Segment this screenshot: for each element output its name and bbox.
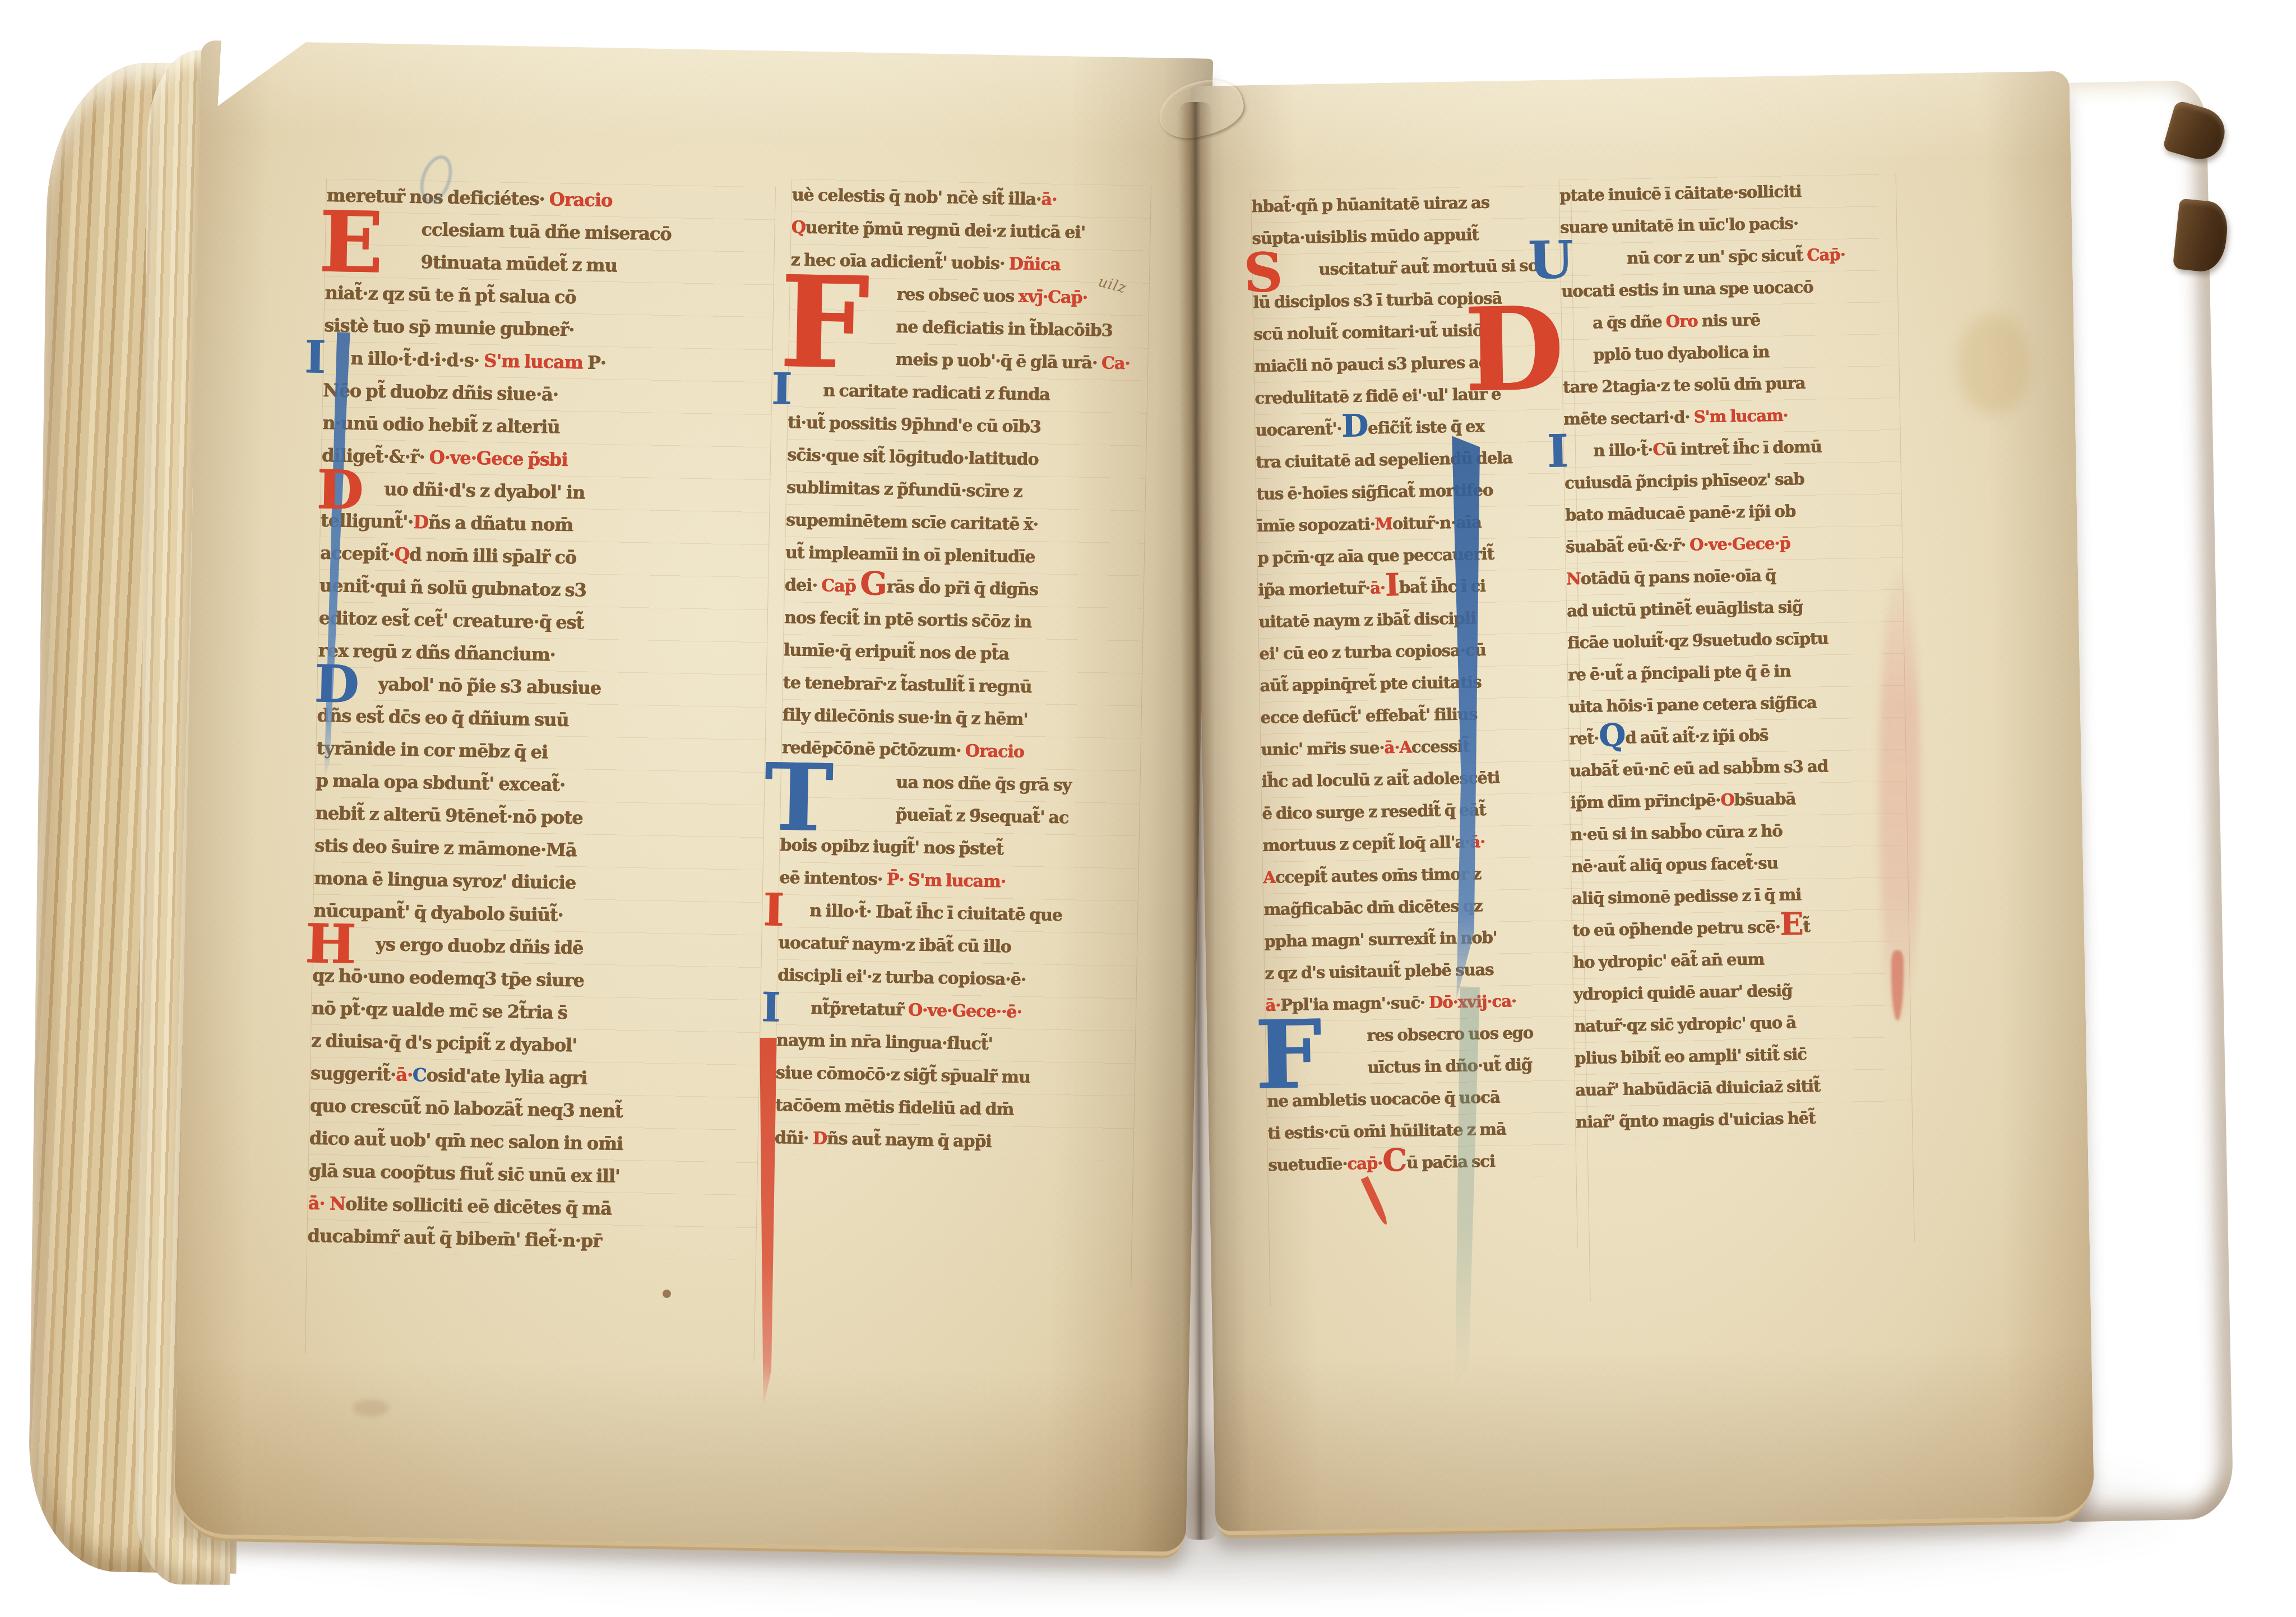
illuminated-initial: I: [763, 891, 785, 928]
text-line: auar̃' habūdāciā diuiciaz̄ sitit̃: [1575, 1069, 1911, 1106]
text-line: suare unitatē in uīc'lo pacis·: [1560, 206, 1897, 243]
rubric-text: Q: [1599, 717, 1626, 754]
illuminated-initial: D: [316, 468, 364, 513]
script-text: auar̃' habūdāciā diuiciaz̄ sitit̃: [1575, 1077, 1821, 1100]
script-text: yabol' nō p̃ie s3 abusiue: [378, 673, 601, 699]
text-line: ho ydropic' eāt̃ an̄ eum: [1573, 941, 1910, 978]
script-text: n·unū odio hebit̃ z alteriū: [322, 412, 560, 438]
script-text: supeminētem scīe caritatē x̄·: [786, 510, 1039, 534]
text-line: n illo·t̃·Cū intret̃ ih̄c ī domū: [1564, 429, 1901, 467]
text-line: dñi· Dñs aut̃ naym q̄ app̄i: [774, 1122, 1133, 1161]
leather-clasp-remnant-lower: [2173, 198, 2230, 274]
rubric-text: ā·: [1384, 738, 1399, 757]
text-line: s̄uabāt̃ eū·&·r̃· O·ve·Gece·p̄: [1566, 525, 1902, 563]
script-text: ip̃m dīm pr̄incipē·: [1570, 791, 1721, 812]
text-line: niar̃' q̃nto magis d'uicias hēt̃: [1575, 1101, 1912, 1138]
rubric-text: cap̄·: [1347, 1153, 1382, 1173]
script-text: ys ergo duobz dñis idē: [376, 934, 584, 959]
text-line: hbat̃·qñ p hūanitatē uiraz as: [1251, 185, 1571, 223]
center-gutter-seam: [1178, 102, 1218, 1540]
script-text: editoz est̃ cet̃' creature·q̄ est̃: [318, 607, 584, 634]
text-line: a q̄s dñe Oro nis urē: [1562, 302, 1899, 339]
script-text: mona ē lingua syroz' diuicie: [314, 867, 576, 894]
script-text: ti·ut̃ possitis 9p̄hnd'e cū oīb3: [788, 413, 1041, 437]
rubric-text: ā·: [396, 1064, 413, 1085]
script-text: uita hōis·ī pane cetera sig̃fica: [1568, 693, 1817, 717]
text-line: plius bibit̃ eo ampli' sitit̃ sic̄: [1574, 1037, 1911, 1074]
script-text: d nom̄ illi sp̄alr̃ cō: [409, 544, 577, 568]
script-text: sublimitas z p̃fundū·scīre z: [786, 478, 1022, 502]
rubric-text: ā·: [1370, 578, 1385, 597]
text-line: ip̃a morietur̃·ā·Ibat̃ ih̄c ī ci: [1258, 569, 1578, 606]
rubric-text: ā·: [1041, 190, 1057, 210]
script-text: Nēo pt̃ duobz dñis siue·ā·: [323, 380, 558, 405]
rubric-text: M: [1374, 514, 1392, 534]
illuminated-initial: I: [761, 990, 781, 1024]
script-text: uocatur̃ naym·z ibāt̃ cū illo: [778, 933, 1011, 957]
illuminated-initial: I: [771, 371, 793, 408]
rubric-text: Cap̄·: [1803, 245, 1845, 265]
text-line: uocati estis in una spe uocacō: [1561, 270, 1898, 307]
text-line: ecce defūct̃' effebat̃' filius: [1260, 696, 1580, 734]
script-text: P·: [582, 352, 606, 373]
script-text: uabāt̃ eū·nc̄ eū ad sabb̄m s3 ad: [1570, 756, 1828, 780]
script-text: ñs a dñatu nom̄: [428, 511, 573, 535]
script-text: ū pac̄ia sci: [1406, 1152, 1495, 1172]
text-line: ptate inuicē ī cāitate·solliciti: [1559, 174, 1896, 211]
illuminated-initial: T: [763, 759, 834, 837]
rubric-text: Q: [394, 543, 410, 565]
text-line: n·eū si in sabb̄o cūra z hō: [1571, 813, 1908, 851]
rubric-text: G: [859, 565, 887, 603]
script-text: otādū q̄ pans noīe·oīa q̄: [1580, 566, 1776, 588]
script-text: uocarent̃'·: [1255, 419, 1342, 440]
illuminated-initial: U: [1527, 239, 1573, 282]
script-text: tac̄ōem mētis fideliū ad dm̄: [775, 1096, 1014, 1120]
illuminated-initial: D: [314, 663, 359, 706]
script-text: suetudīe·: [1268, 1154, 1348, 1174]
script-text: d aūt̃ ait̃·z ip̃i obs̄: [1625, 726, 1769, 747]
illuminated-initial: E: [318, 208, 384, 278]
rubric-text: D: [1341, 407, 1368, 444]
rubric-text: Oracio: [961, 741, 1024, 762]
rubric-text: ā· N: [308, 1193, 345, 1214]
script-text: uscitatur̃ aut̃ mortuū si so: [1318, 256, 1538, 279]
text-line: ydropici quidē auar' desig̃: [1573, 973, 1910, 1010]
script-text: tare 2tagia·z te solū dm̄ pura: [1563, 373, 1806, 397]
script-text: aliq̄ simonē pedisse z ī q̄ mi: [1572, 885, 1802, 908]
script-text: quo crescūt̃ nō labozāt̃ neq3 nent̃: [309, 1095, 622, 1122]
text-line: natur̃·qz sic̄ ydropic' quo ā: [1573, 1005, 1910, 1042]
script-text: naym in nr̄a lingua·fluct̃': [776, 1031, 993, 1054]
script-text: hbat̃·qñ p hūanitatē uiraz as: [1251, 193, 1489, 216]
script-text: credulitatē z fidē ei'·ul' laur̄ e: [1255, 384, 1501, 408]
rubric-text: O·ve·Gece p̃sbi: [424, 446, 567, 470]
script-text: ip̃a morietur̃·: [1258, 578, 1370, 599]
text-line: tra ciuitatē ad sepeliendū dela: [1256, 441, 1576, 478]
script-text: uè celestis q̄ nob' nc̄è sit̃ illa·: [791, 185, 1041, 209]
script-text: ret̃·: [1569, 728, 1599, 748]
text-line: tare 2tagia·z te solū dm̄ pura: [1563, 366, 1900, 403]
text-line: sūpta·uisiblis mūdo appuit̃: [1252, 217, 1572, 255]
script-text: 9tinuata mūdet̃ z mu: [420, 251, 617, 276]
script-text: t̃: [1803, 917, 1810, 936]
script-text: plius bibit̃ eo ampli' sitit̃ sic̄: [1575, 1045, 1807, 1068]
rubric-text: D: [808, 1129, 827, 1149]
script-text: p̃ueīat̃ z 9̄sequat̃' ac: [895, 805, 1068, 828]
rubric-text: C: [1382, 1142, 1407, 1179]
rubric-text: A: [1399, 737, 1411, 756]
text-line: mortuus z cepit̃ loq̄ all'a·ā·: [1262, 824, 1582, 862]
script-text: ū intret̃ ih̄c ī domū: [1665, 437, 1822, 459]
rubric-text: S'm lucam: [479, 350, 583, 373]
script-text: eē intentos·: [779, 868, 882, 889]
dog-ear-fold: [217, 35, 310, 111]
rubric-text: C: [1652, 440, 1665, 459]
rubric-text: D: [413, 511, 428, 533]
script-text: fily dilec̄ōnis sue·in q̄ z hēm': [782, 705, 1027, 729]
rubric-text: Oracio: [544, 188, 612, 211]
rubric-text: E: [1780, 905, 1803, 942]
script-text: n illo·t̃·d·i·d·s·: [350, 348, 479, 371]
script-text: res obsec̄ uos: [896, 284, 1014, 306]
rubric-text: N: [1566, 569, 1581, 588]
script-text: ut̃ impleamīi in oī plenitudīe: [785, 543, 1035, 567]
script-text: mēte sectari·d·: [1563, 407, 1690, 428]
text-line: Accepit̃ autes om̄s timor z: [1263, 856, 1583, 894]
script-text: nō pt̃·qz ualde mc̄ se 2t̃ria s̄: [312, 997, 567, 1023]
text-line: pplō tuo dyabolica in: [1562, 334, 1899, 371]
script-text: ei' cū eo z turba copiosa·cū: [1259, 640, 1486, 663]
script-text: discipli ei'·z turba copiosa·ē·: [777, 965, 1026, 990]
script-text: dñi·: [775, 1128, 809, 1148]
text-line: ficāe uoluit̃·qz 9̄suetudo scīptu: [1567, 621, 1904, 659]
script-text: uo dñi·d's z dyabol' in: [384, 478, 585, 503]
script-text: rās d̄o pr̄i q̄ dign̄s: [886, 577, 1038, 599]
rubric-text: Ca·: [1097, 353, 1130, 373]
text-line: p pc̄m̄·qz aīa que peccauerit̃: [1257, 537, 1577, 574]
script-text: bs̄uabā: [1734, 789, 1795, 809]
rubric-text: O·ve·Gece·p̄: [1686, 533, 1790, 554]
script-text: īmīe sopozati·: [1257, 514, 1375, 535]
text-line: bato māducaē panē·z ip̃i ob: [1565, 493, 1902, 531]
script-text: mortuus z cepit̃ loq̄ all'a·: [1262, 832, 1470, 854]
left-page-column-2: uè celestis q̄ nob' nc̄è sit̃ illa·ā·Que…: [771, 179, 1151, 1287]
script-text: miac̄li nō pauci s3 plures ad: [1254, 353, 1489, 376]
rubric-text: A: [1263, 867, 1275, 886]
script-text: nos fecit̃ in ptē sortis sc̄ōz in: [784, 608, 1032, 632]
rubric-text: I: [1385, 566, 1399, 603]
script-text: ho ydropic' eāt̃ an̄ eum: [1573, 949, 1765, 972]
text-line: aūt̃ appinq̄ret̃ pte ciuitatis: [1260, 664, 1580, 702]
script-text: n illo·t̃· Ibat̃ ih̄c ī ciuitatē que: [809, 901, 1062, 925]
rubric-text: xvj̄·Cap̄·: [1014, 287, 1087, 307]
text-line: ē dico surge z resedit̃ q̄ eāt̃: [1262, 792, 1582, 830]
illuminated-initial: F: [1255, 1016, 1323, 1094]
script-text: ad uictū ptinēt̃ euāglista sig̃: [1567, 597, 1803, 620]
script-text: nē·aut̃ aliq̄ opus facet̃·su: [1571, 853, 1778, 876]
rubric-text: O·ve·Gece··ē·: [904, 1000, 1022, 1022]
script-text: uenit̃·qui ñ solū gubnatoz s3: [319, 575, 586, 601]
text-line: uscitatur̃ aut̃ mortuū si so: [1252, 249, 1572, 287]
script-text: uitatē naym z ibāt̃ discipli: [1258, 608, 1476, 631]
text-line: ip̃m dīm pr̄incipē·Obs̄uabā: [1570, 781, 1907, 819]
script-text: s̄uabāt̃ eū·&·r̃·: [1566, 535, 1686, 557]
script-text: ficāe uoluit̃·qz 9̄suetudo scīptu: [1567, 629, 1829, 652]
script-text: z diuisa·q̄ d's pcipit̃ z dyabol': [311, 1030, 577, 1056]
text-line: re ē·ut̃ a p̃ncipali pte q̄ ē in: [1568, 653, 1905, 691]
script-text: siue cōmoc̄ō·z sig̃t̃ sp̄ualr̃ mu: [776, 1063, 1030, 1087]
script-text: ydropici quidē auar' desig̃: [1573, 981, 1793, 1004]
text-line: ei' cū eo z turba copiosa·cū: [1259, 632, 1579, 670]
text-line: ti estis·cū om̄i hūilitate z mā: [1267, 1112, 1587, 1149]
illuminated-initial: D: [1463, 302, 1564, 398]
left-page: meretur̃ nos deficiétes· Oraciocclesiam …: [174, 40, 1214, 1553]
rubric-text: Cap̄: [817, 576, 860, 596]
script-text: osid'ate lylia agri: [426, 1064, 587, 1088]
script-text: suggerit̃·: [310, 1062, 396, 1085]
script-text: niar̃' q̃nto magis d'uicias hēt̃: [1576, 1108, 1816, 1131]
rubric-text: Oro: [1661, 311, 1702, 331]
script-text: tyrānide in cor mēbz q̄ ei: [316, 737, 548, 763]
script-text: re ē·ut̃ a p̃ncipali pte q̄ ē in: [1568, 661, 1791, 684]
script-text: natur̃·qz sic̄ ydropic' quo ā: [1574, 1013, 1796, 1036]
script-text: ccepit̃ autes om̄s timor z: [1275, 864, 1481, 886]
script-text: stis deo s̄uire z māmone·Mā: [314, 835, 577, 861]
script-text: olite solliciti eē dicētes q̄ mā: [345, 1193, 612, 1219]
rubric-text: O: [1720, 790, 1734, 809]
text-line: mag̃ficabāc dm̄ dicētes qz: [1263, 888, 1584, 926]
script-text: scū noluit̃ comitari·ut̃ uisiōe: [1253, 321, 1493, 344]
script-text: ne deficiatis in t̃blacōib3: [896, 317, 1113, 340]
rubric-text: P̄· S'm lucam·: [882, 870, 1006, 891]
rubric-text: S'm lucam·: [1689, 405, 1788, 426]
script-text: sūpta·uisiblis mūdo appuit̃: [1252, 225, 1479, 248]
illuminated-initial: I: [304, 339, 326, 376]
text-line: aliq̄ simonē pedisse z ī q̄ mi: [1572, 877, 1909, 914]
illuminated-initial: S: [1243, 251, 1283, 295]
script-text: nū cor z un' sp̄c sicut̃: [1627, 246, 1803, 267]
script-text: cuiusdā p̃ncipis phīseoz' sab: [1564, 469, 1804, 492]
text-line: redēpc̄ōnē pc̄tōzum· Oracio: [781, 732, 1141, 771]
rubric-text: C: [413, 1064, 427, 1085]
text-line: unic' mr̄is sue·ā·Accessit̃: [1261, 728, 1581, 766]
text-line: īmīe sopozati·Moitur̃·n·aīa: [1257, 505, 1577, 542]
script-text: dei·: [785, 575, 818, 595]
script-text: nebit̃ z alterū 9tēnet̃·nō pote: [315, 802, 583, 829]
script-text: efic̃it̃ iste q̄ ex: [1368, 417, 1484, 438]
text-line: ad uictū ptinēt̃ euāglista sig̃: [1567, 589, 1904, 627]
script-text: sc̄is·que sit̃ lōgitudo·latitudo: [787, 445, 1039, 469]
script-text: meis p uob'·q̄ ē glā urā·: [895, 349, 1098, 373]
script-text: dico aut̃ uob' qm̄ nec salon in om̄i: [309, 1128, 623, 1154]
rubric-text: Dñica: [1004, 254, 1061, 275]
script-text: uocati estis in una spe uocacō: [1561, 278, 1813, 301]
script-text: sistè tuo sp̄ munie gubner̃·: [324, 315, 575, 340]
text-line: ih̄c ad loculū z ait̃ adolescēti: [1261, 760, 1581, 798]
text-line: tus ē·hoīes sig̃ficat̃ mortifeo: [1256, 473, 1576, 510]
script-text: ñs aut̃ naym q̄ app̄i: [827, 1129, 992, 1151]
script-text: ptate inuicē ī cāitate·solliciti: [1559, 182, 1802, 205]
script-text: lumīe·q̄ eripuit̃ nos de pt̄a: [783, 640, 1009, 664]
text-line: suetudīe·cap̄·Cū pac̄ia sci: [1268, 1144, 1588, 1181]
script-text: cclesiam tuā dñe miseracō: [421, 219, 672, 244]
text-line: z qz d's uisitauit̃ plebē suas: [1265, 952, 1585, 990]
script-text: ua nos dñe q̄s grā sy: [896, 773, 1071, 796]
script-text: unic' mr̄is sue·: [1261, 738, 1385, 759]
text-line: ret̃·Qd aūt̃ ait̃·z ip̃i obs̄: [1569, 717, 1906, 755]
text-line: cuiusdā p̃ncipis phīseoz' sab: [1564, 461, 1901, 499]
script-text: suare unitatē in uīc'lo pacis·: [1560, 214, 1798, 237]
right-page-column-2: ptate inuicē ī cāitate·sollicitisuare un…: [1559, 174, 1915, 1248]
text-line: mēte sectari·d· S'm lucam·: [1563, 398, 1900, 435]
script-text: mag̃ficabāc dm̄ dicētes qz: [1263, 896, 1483, 919]
script-text: res obsecro uos ego: [1367, 1023, 1533, 1045]
script-text: ducabimr̃ aut̃ q̄ bibem̄' fiet̃·n·pr̄: [307, 1225, 601, 1252]
script-text: ē dico surge z resedit̃ q̄ eāt̃: [1262, 800, 1486, 823]
illuminated-initial: H: [304, 922, 356, 967]
text-line: ppha magn' surrexit̃ in nob': [1264, 920, 1584, 958]
script-text: n illo·t̃·: [1593, 440, 1653, 460]
script-text: a q̄s dñe: [1593, 312, 1662, 332]
script-text: uerite p̃mū regnū dei·z iuticā ei': [805, 218, 1085, 242]
text-line: uabāt̃ eū·nc̄ eū ad sabb̄m s3 ad: [1570, 749, 1906, 787]
script-text: nt̃p̃retatur̃: [811, 999, 904, 1020]
text-line: nū cor z un' sp̄c sicut̃ Cap̄·: [1561, 238, 1897, 275]
script-text: te tenebrar̄·z t̃astulit̃ ī regnū: [783, 673, 1031, 697]
script-text: pplō tuo dyabolica in: [1593, 342, 1770, 364]
illuminated-initial: I: [1547, 433, 1569, 470]
text-line: uitatē naym z ibāt̃ discipli: [1258, 600, 1578, 638]
script-text: uīctus in dño·ut̃ dig̃: [1367, 1055, 1532, 1077]
script-text: nis urē: [1701, 310, 1760, 330]
script-text: ecce defūct̃' effebat̃' filius: [1260, 704, 1477, 727]
illuminated-initial: F: [779, 271, 870, 376]
script-text: aūt̃ appinq̄ret̃ pte ciuitatis: [1260, 672, 1482, 695]
rubric-text: Q: [791, 218, 806, 237]
text-line: nē·aut̃ aliq̄ opus facet̃·su: [1571, 845, 1908, 883]
script-text: n·eū si in sabb̄o cūra z hō: [1571, 821, 1783, 844]
right-page: hbat̃·qñ p hūanitatē uiraz assūpta·uisib…: [1191, 71, 2095, 1532]
left-page-column-1: meretur̃ nos deficiétes· Oraciocclesiam …: [305, 179, 776, 1361]
script-text: bato māducaē panē·z ip̃i ob: [1565, 501, 1796, 524]
script-text: to eū op̄hende petru sce̅·: [1572, 917, 1780, 940]
script-text: p mala opa sbdunt̃' exceat̃·: [316, 770, 565, 796]
text-line: to eū op̄hende petru sce̅·Et̃: [1572, 909, 1909, 946]
script-text: glā sua coop̃tus fiut̃ sic̄ unū ex ill': [308, 1160, 620, 1187]
text-line: Notādū q̄ pans noīe·oīa q̄: [1566, 557, 1903, 595]
